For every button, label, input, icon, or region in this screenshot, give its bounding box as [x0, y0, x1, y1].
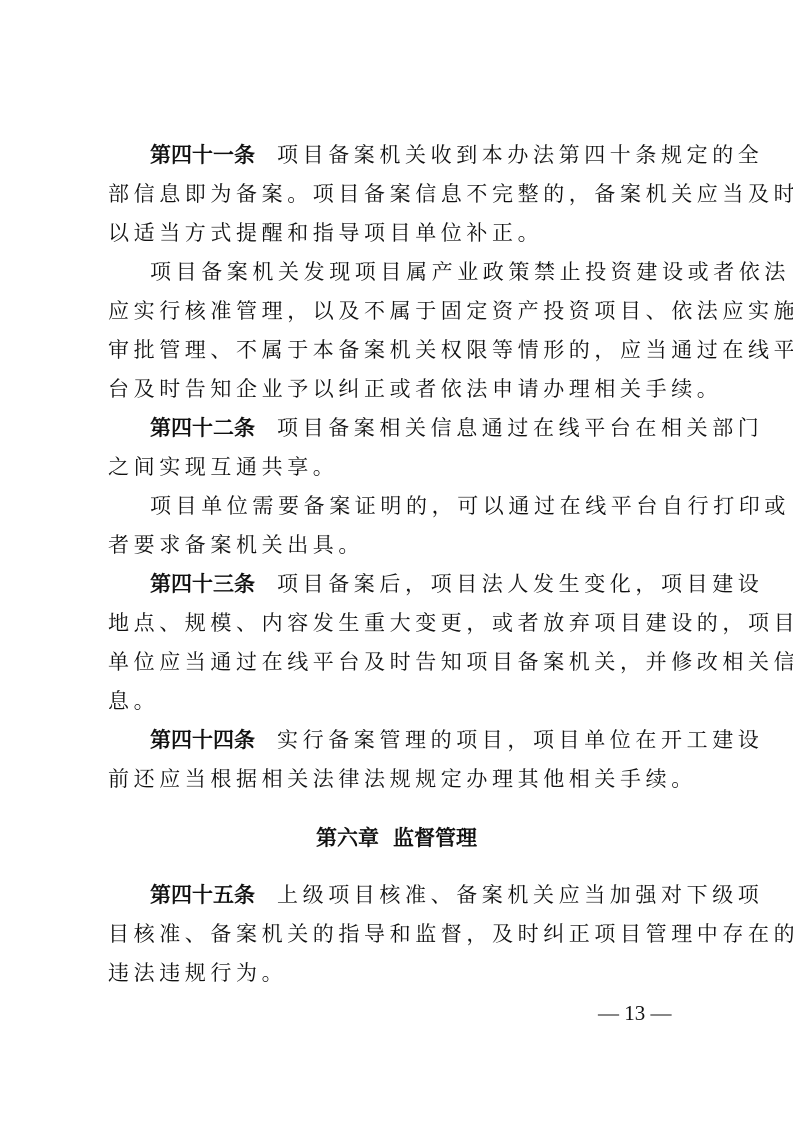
article-42-para2-line-1: 项目单位需要备案证明的，可以通过在线平台自行打印或 [150, 487, 690, 526]
article-41-para2-line-1: 项目备案机关发现项目属产业政策禁止投资建设或者依法 [150, 253, 690, 292]
article-42-line-1: 第四十二条项目备案相关信息通过在线平台在相关部门 [150, 409, 690, 448]
article-43-line-2: 地点、规模、内容发生重大变更，或者放弃项目建设的，项目 [108, 604, 688, 643]
chapter-heading: 第六章监督管理 [0, 819, 793, 858]
article-42-para2-line-2: 者要求备案机关出具。 [108, 526, 688, 565]
article-42-label: 第四十二条 [150, 416, 255, 440]
article-44-line-1: 第四十四条实行备案管理的项目，项目单位在开工建设 [150, 721, 690, 760]
article-41-line-3: 以适当方式提醒和指导项目单位补正。 [108, 214, 688, 253]
article-45-line-2: 目核准、备案机关的指导和监督，及时纠正项目管理中存在的 [108, 915, 688, 954]
article-43-line-1: 第四十三条项目备案后，项目法人发生变化，项目建设 [150, 565, 690, 604]
article-41-para2-line-2: 应实行核准管理，以及不属于固定资产投资项目、依法应实施 [108, 292, 688, 331]
chapter-title: 监督管理 [393, 826, 477, 850]
article-41-para2-line-4: 台及时告知企业予以纠正或者依法申请办理相关手续。 [108, 370, 688, 409]
article-41-line-1: 第四十一条项目备案机关收到本办法第四十条规定的全 [150, 136, 690, 175]
article-43-line-3: 单位应当通过在线平台及时告知项目备案机关，并修改相关信 [108, 643, 688, 682]
article-41-para2-line-3: 审批管理、不属于本备案机关权限等情形的，应当通过在线平 [108, 331, 688, 370]
chapter-number: 第六章 [316, 826, 379, 850]
article-41-label: 第四十一条 [150, 143, 255, 167]
article-45-line-1: 第四十五条上级项目核准、备案机关应当加强对下级项 [150, 876, 690, 915]
article-42-line-2: 之间实现互通共享。 [108, 448, 688, 487]
document-page: 第四十一条项目备案机关收到本办法第四十条规定的全 部信息即为备案。项目备案信息不… [0, 0, 793, 1122]
article-44-line-2: 前还应当根据相关法律法规规定办理其他相关手续。 [108, 760, 688, 799]
article-43-label: 第四十三条 [150, 572, 255, 596]
article-43-line-4: 息。 [108, 682, 688, 721]
article-44-label: 第四十四条 [150, 728, 255, 752]
article-45-label: 第四十五条 [150, 883, 255, 907]
article-45-line-3: 违法违规行为。 [108, 954, 688, 993]
article-41-line-2: 部信息即为备案。项目备案信息不完整的，备案机关应当及时 [108, 175, 688, 214]
page-number: — 13 — [598, 998, 672, 1028]
